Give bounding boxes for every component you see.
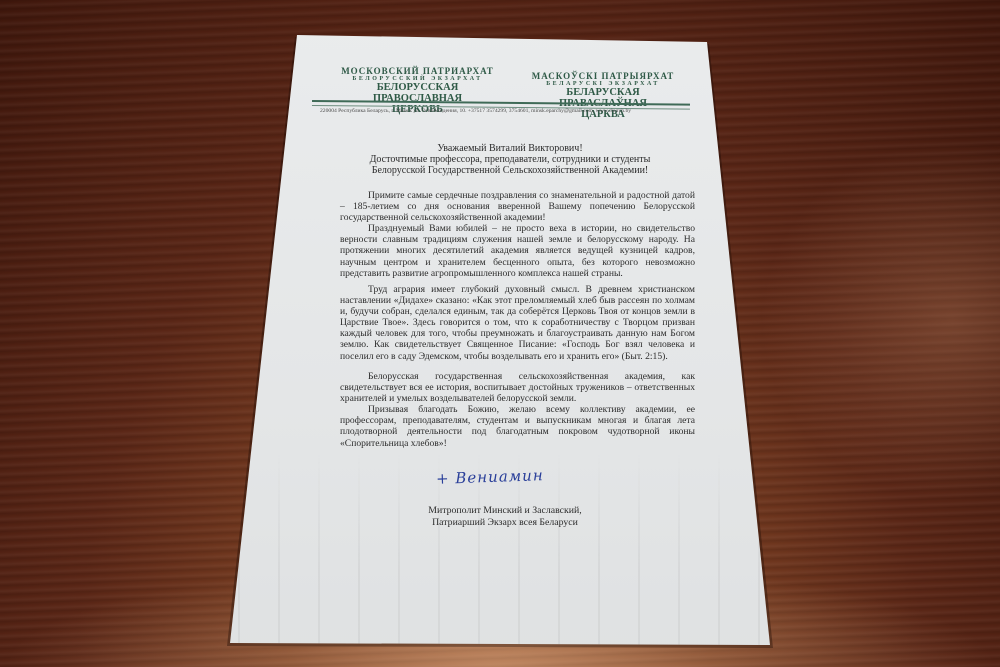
greeting-line1: Уважаемый Виталий Викторович! xyxy=(330,143,690,154)
letterhead-right-line1: МАСКОЎСКІ ПАТРЫЯРХАТ xyxy=(528,71,678,81)
paragraph-1: Примите самые сердечные поздравления со … xyxy=(340,190,695,223)
handwritten-signature: + Вениамин xyxy=(436,466,544,488)
letter-body-part2: Труд агрария имеет глубокий духовный смы… xyxy=(340,284,695,362)
letterhead-address: 220004 Республика Беларусь, г. Минск ул.… xyxy=(320,108,700,114)
greeting-line2: Досточтимые профессора, преподаватели, с… xyxy=(330,154,690,165)
signatory-title-line1: Митрополит Минский и Заславский, xyxy=(420,505,590,517)
table-glare-right xyxy=(760,140,1000,500)
signatory-title-line2: Патриарший Экзарх всея Беларуси xyxy=(420,517,590,529)
letter-body-part1: Примите самые сердечные поздравления со … xyxy=(340,190,695,279)
paragraph-3: Труд агрария имеет глубокий духовный смы… xyxy=(340,284,695,362)
paragraph-2: Празднуемый Вами юбилей – не просто веха… xyxy=(340,223,695,278)
signatory-title: Митрополит Минский и Заславский, Патриар… xyxy=(420,505,590,528)
greeting-line3: Белорусской Государственной Сельскохозяй… xyxy=(330,165,690,176)
paragraph-4: Белорусская государственная сельскохозяй… xyxy=(340,371,695,404)
letterhead-left-line1: МОСКОВСКИЙ ПАТРИАРХАТ xyxy=(335,66,500,76)
greeting: Уважаемый Виталий Викторович! Досточтимы… xyxy=(330,143,690,176)
letter-body-part3: Белорусская государственная сельскохозяй… xyxy=(340,371,695,449)
paragraph-5: Призывая благодать Божию, желаю всему ко… xyxy=(340,404,695,448)
